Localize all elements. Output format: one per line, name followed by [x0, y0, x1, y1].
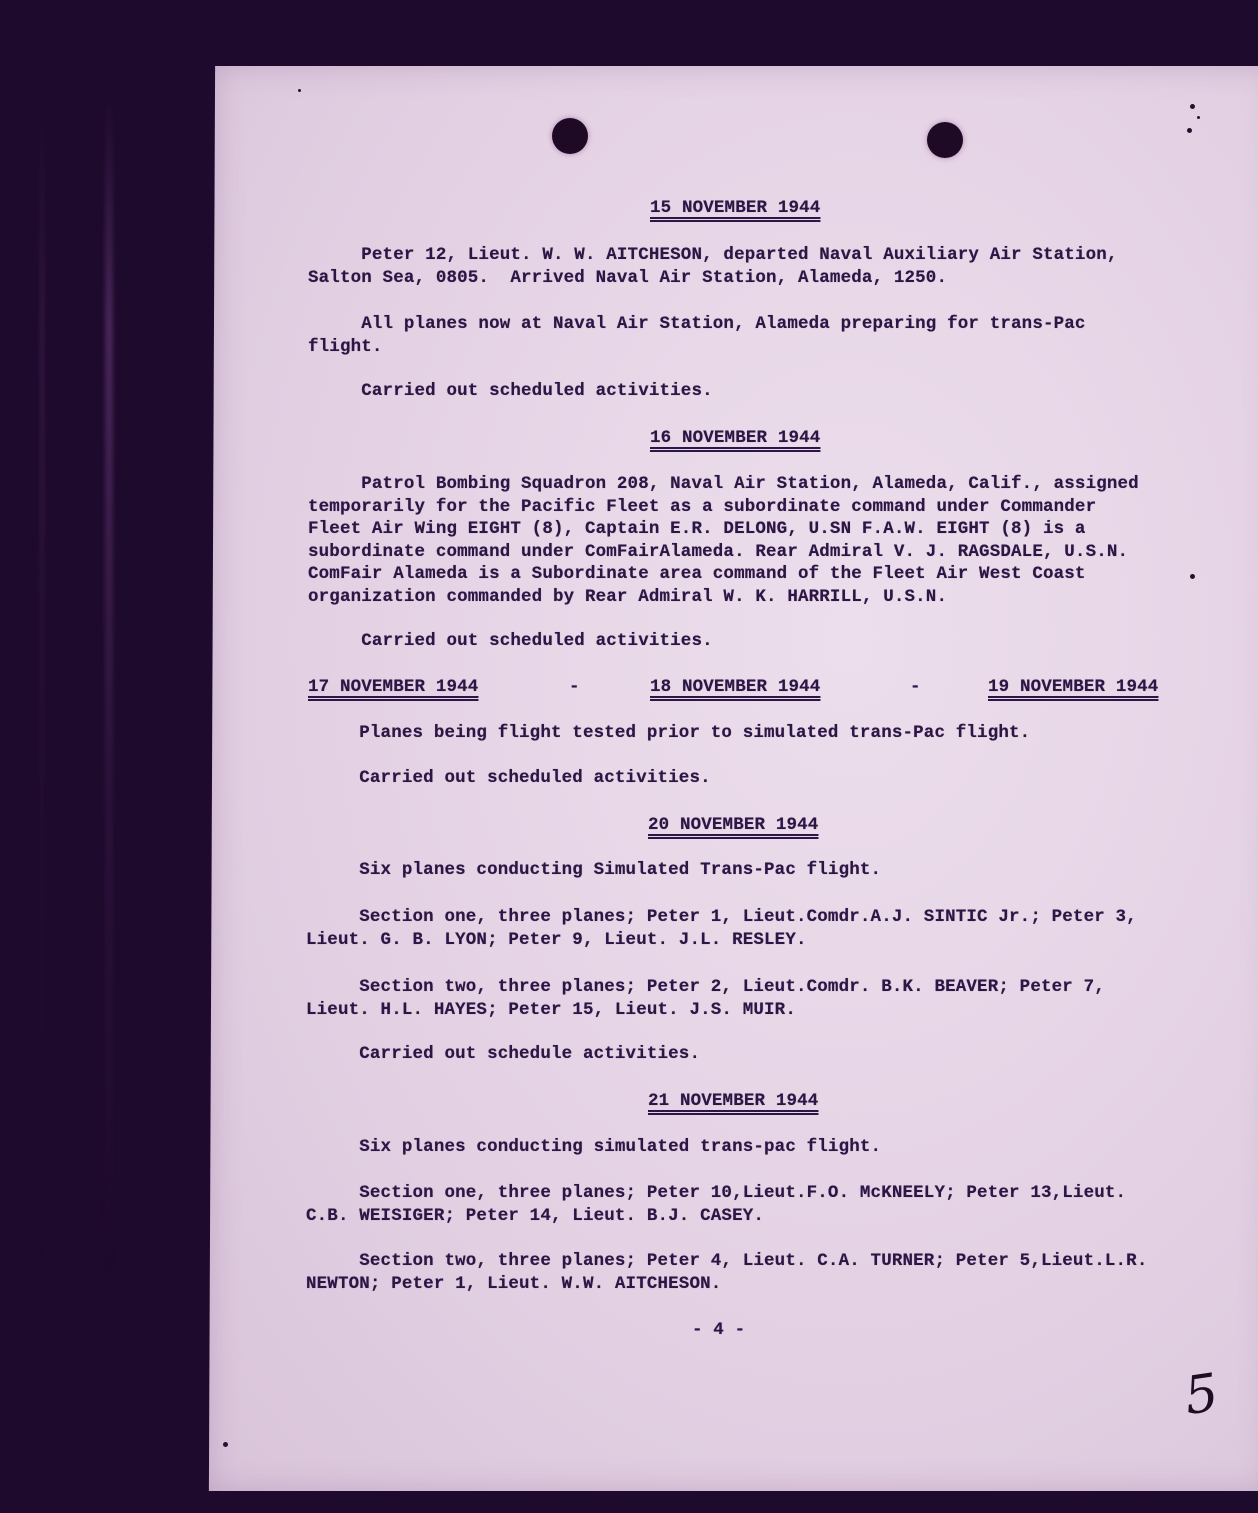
- date-heading: 17 NOVEMBER 1944: [308, 676, 478, 699]
- punch-hole: [927, 122, 963, 158]
- date-heading: 21 NOVEMBER 1944: [648, 1090, 818, 1113]
- paragraph: Section one, three planes; Peter 10,Lieu…: [306, 1182, 1126, 1227]
- speck: [1197, 116, 1200, 119]
- paragraph: Carried out schedule activities.: [306, 1043, 700, 1066]
- paragraph: Carried out scheduled activities.: [308, 380, 713, 403]
- paragraph: Carried out scheduled activities.: [306, 767, 711, 790]
- speck: [1190, 574, 1195, 579]
- date-heading: 19 NOVEMBER 1944: [988, 676, 1158, 699]
- speck: [1190, 104, 1195, 109]
- punch-hole: [552, 118, 588, 154]
- paragraph: All planes now at Naval Air Station, Ala…: [308, 313, 1086, 358]
- date-separator: -: [569, 676, 580, 699]
- paragraph: Patrol Bombing Squadron 208, Naval Air S…: [308, 473, 1139, 608]
- paragraph: Planes being flight tested prior to simu…: [306, 722, 1030, 745]
- paragraph: Carried out scheduled activities.: [308, 630, 713, 653]
- speck: [298, 89, 301, 92]
- speck: [223, 1442, 228, 1447]
- speck: [1187, 128, 1192, 133]
- date-heading: 18 NOVEMBER 1944: [650, 676, 820, 699]
- paragraph: Peter 12, Lieut. W. W. AITCHESON, depart…: [308, 244, 1118, 289]
- film-streak: [105, 90, 113, 1290]
- paragraph: Section one, three planes; Peter 1, Lieu…: [306, 906, 1137, 951]
- date-heading: 15 NOVEMBER 1944: [650, 197, 820, 220]
- paragraph: Section two, three planes; Peter 2, Lieu…: [306, 976, 1105, 1021]
- paragraph: Six planes conducting simulated trans-pa…: [306, 1136, 881, 1159]
- date-heading: 16 NOVEMBER 1944: [650, 427, 820, 450]
- paragraph: Section two, three planes; Peter 4, Lieu…: [306, 1250, 1148, 1295]
- date-heading: 20 NOVEMBER 1944: [648, 814, 818, 837]
- film-streak: [40, 90, 44, 1290]
- date-separator: -: [910, 676, 921, 699]
- paragraph: Six planes conducting Simulated Trans-Pa…: [306, 859, 881, 882]
- page-number: - 4 -: [692, 1319, 745, 1342]
